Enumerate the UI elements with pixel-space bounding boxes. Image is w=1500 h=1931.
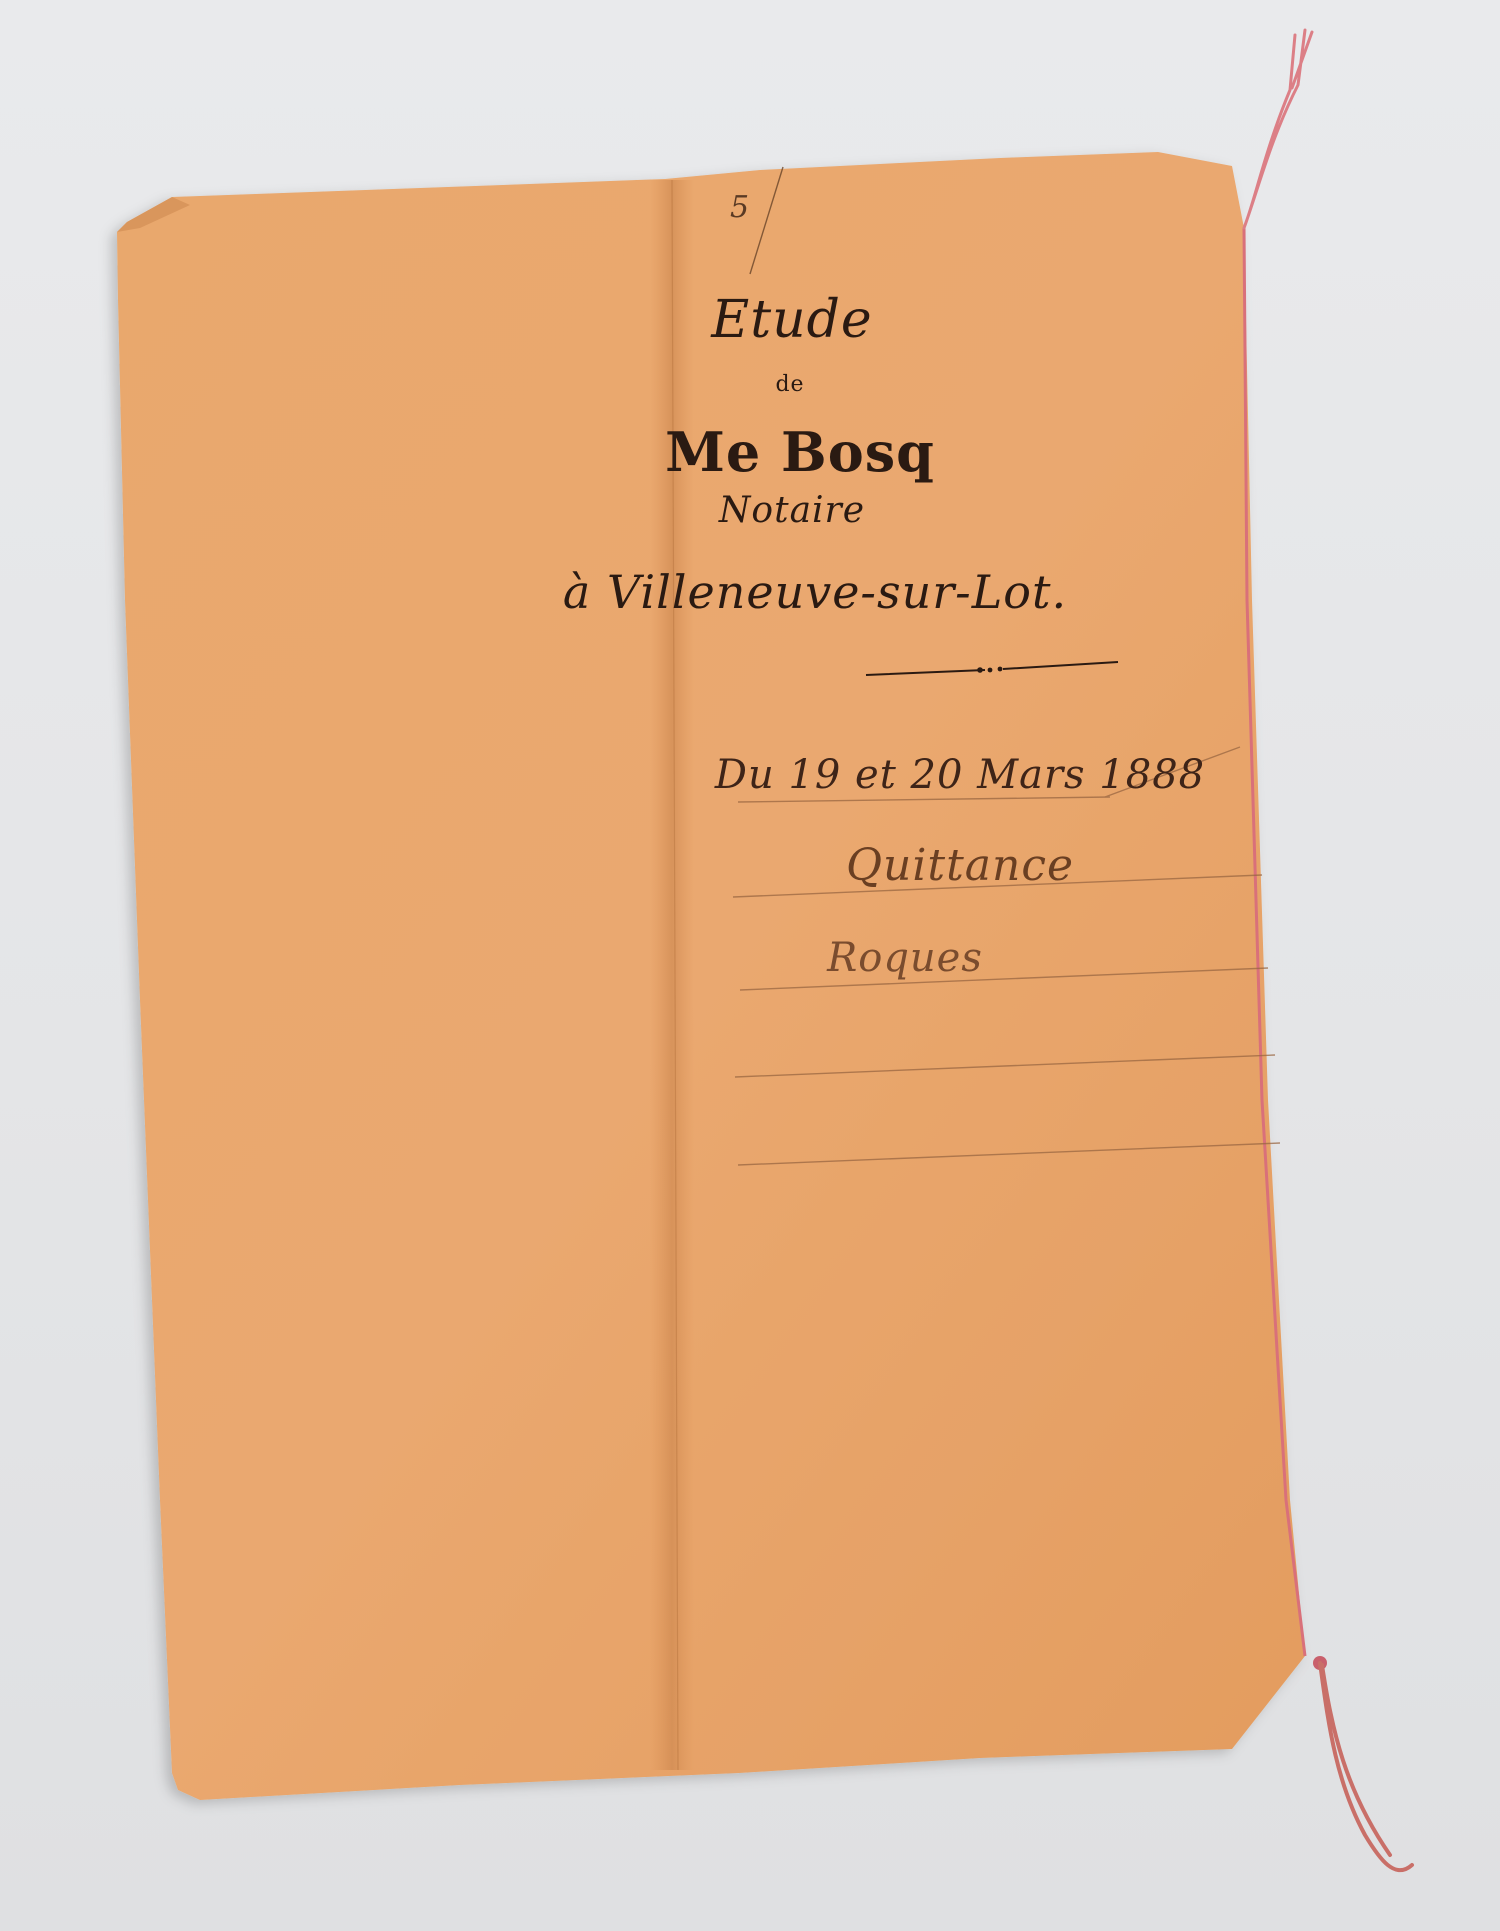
string-tail-top xyxy=(1244,30,1312,228)
header-de: de xyxy=(775,372,804,397)
header-title: Notaire xyxy=(719,490,865,531)
center-fold xyxy=(650,180,694,1770)
header-location: à Villeneuve-sur-Lot. xyxy=(563,565,1067,619)
document-photo: 5 Etude de Me Bosq Notaire à Villeneuve-… xyxy=(0,0,1500,1931)
party-name: Roques xyxy=(827,935,983,981)
date-line: Du 19 et 20 Mars 1888 xyxy=(715,752,1205,798)
folio-number: 5 xyxy=(730,190,749,225)
paper-sheet xyxy=(117,152,1305,1800)
header-notary-name: Me Bosq xyxy=(665,420,935,484)
string-tail-bottom xyxy=(1320,1663,1412,1870)
header-etude: Etude xyxy=(711,290,872,350)
act-type: Quittance xyxy=(846,840,1074,891)
